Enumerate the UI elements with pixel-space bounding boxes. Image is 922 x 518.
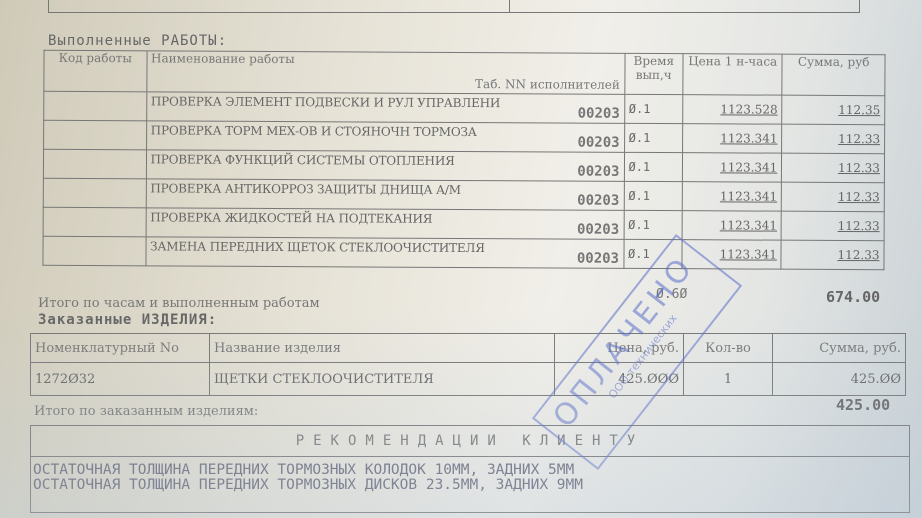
items-table: Номенклатурный No Название изделия Цена,… [30,333,906,396]
recommendations-title: РЕКОМЕНДАЦИИ КЛИЕНТУ [31,426,909,457]
works-section-title: Выполненные РАБОТЫ: [48,33,227,49]
work-sum: 112.33 [782,182,885,212]
work-tab-number: 00203 [577,193,619,209]
work-price: 1123.341 [682,240,781,270]
work-name: ПРОВЕРКА ЭЛЕМЕНТ ПОДВЕСКИ И РУЛ УПРАВЛЕН… [151,94,500,110]
work-tab-number: 00203 [577,222,619,238]
work-row: ПРОВЕРКА ФУНКЦИЙ СИСТЕМЫ ОТОПЛЕНИЯ00203Ø… [43,149,884,182]
work-time: Ø.1 [624,152,683,181]
header-name: Наименование работы Таб. NN исполнителей [146,51,624,95]
header-item-price: Цена, руб. [555,334,684,363]
header-sum: Сумма, руб [782,54,885,96]
recommendations-lines: ОСТАТОЧНАЯ ТОЛЩИНА ПЕРЕДНИХ ТОРМОЗНЫХ КО… [31,457,909,493]
work-sum: 112.33 [781,240,884,270]
work-tab-number: 00203 [578,106,620,122]
work-code [44,91,147,121]
work-time: Ø.1 [623,239,682,268]
work-name: ПРОВЕРКА ФУНКЦИЙ СИСТЕМЫ ОТОПЛЕНИЯ [151,152,455,168]
header-item-sum: Сумма, руб. [773,334,906,363]
work-name-cell: ПРОВЕРКА АНТИКОРРОЗ ЗАЩИТЫ ДНИЩА А/М0020… [146,179,624,211]
work-row: ПРОВЕРКА ЖИДКОСТЕЙ НА ПОДТЕКАНИЯ00203Ø.1… [43,207,884,240]
recommendation-line: ОСТАТОЧНАЯ ТОЛЩИНА ПЕРЕДНИХ ТОРМОЗНЫХ КО… [31,463,909,478]
work-price: 1123.528 [683,95,782,125]
header-info-box: Тел/факс: 7705 755795 Код дилера Продаве… [48,0,860,13]
work-name: ПРОВЕРКА ЖИДКОСТЕЙ НА ПОДТЕКАНИЯ [150,210,432,225]
work-name: ЗАМЕНА ПЕРЕДНИХ ЩЕТОК СТЕКЛООЧИСТИТЕЛЯ [150,239,485,255]
works-total-sum: 674.00 [826,288,880,306]
divider [509,0,510,12]
work-name: ПРОВЕРКА ТОРМ МЕХ-ОВ И СТОЯНОЧН ТОРМОЗА [151,123,477,139]
work-price: 1123.341 [683,124,782,154]
header-item-name: Название изделия [210,334,555,363]
header-price: Цена 1 н-часа [683,54,783,96]
items-section-title: Заказанные ИЗДЕЛИЯ: [38,312,217,328]
work-price: 1123.341 [682,153,781,183]
item-sum: 425.ØØ [773,363,906,396]
work-time: Ø.1 [624,210,683,239]
work-code [43,178,146,208]
work-tab-number: 00203 [577,164,619,180]
recommendation-line: ОСТАТОЧНАЯ ТОЛЩИНА ПЕРЕДНИХ ТОРМОЗНЫХ ДИ… [31,478,909,493]
items-total-sum: 425.00 [836,396,890,414]
item-row: 1272Ø32ЩЕТКИ СТЕКЛООЧИСТИТЕЛЯ425.ØØØ1425… [31,363,906,396]
header-code: Код работы [44,50,147,92]
item-nomenclature: 1272Ø32 [31,363,210,396]
work-time: Ø.1 [624,123,683,152]
work-name-cell: ПРОВЕРКА ЭЛЕМЕНТ ПОДВЕСКИ И РУЛ УПРАВЛЕН… [146,92,624,124]
header-tab-label: Таб. NN исполнителей [475,77,620,92]
work-name-cell: ПРОВЕРКА ТОРМ МЕХ-ОВ И СТОЯНОЧН ТОРМОЗА0… [146,121,624,153]
item-qty: 1 [684,363,773,396]
work-row: ПРОВЕРКА ТОРМ МЕХ-ОВ И СТОЯНОЧН ТОРМОЗА0… [44,120,885,153]
work-name-cell: ПРОВЕРКА ФУНКЦИЙ СИСТЕМЫ ОТОПЛЕНИЯ00203 [146,150,624,182]
work-code [44,120,147,150]
header-name-label: Наименование работы [151,51,295,66]
work-price: 1123.341 [682,182,781,212]
work-name-cell: ЗАМЕНА ПЕРЕДНИХ ЩЕТОК СТЕКЛООЧИСТИТЕЛЯ00… [145,237,623,269]
works-total-hours: Ø.6Ø [656,287,687,302]
item-name: ЩЕТКИ СТЕКЛООЧИСТИТЕЛЯ [210,363,555,396]
work-tab-number: 00203 [577,251,619,267]
items-header-row: Номенклатурный No Название изделия Цена,… [31,334,906,363]
header-nomenclature: Номенклатурный No [31,334,210,363]
work-time: Ø.1 [624,94,683,123]
work-code [43,236,146,266]
work-sum: 112.33 [781,211,884,241]
work-code [43,207,146,237]
header-time: Время вып,ч [624,53,683,94]
items-total-label: Итого по заказанным изделиям: [34,404,258,419]
recommendations-box: РЕКОМЕНДАЦИИ КЛИЕНТУ ОСТАТОЧНАЯ ТОЛЩИНА … [30,425,910,513]
work-time: Ø.1 [624,181,683,210]
work-row: ПРОВЕРКА ЭЛЕМЕНТ ПОДВЕСКИ И РУЛ УПРАВЛЕН… [44,91,885,124]
work-code [43,149,146,179]
work-row: ПРОВЕРКА АНТИКОРРОЗ ЗАЩИТЫ ДНИЩА А/М0020… [43,178,884,211]
work-sum: 112.33 [782,124,885,154]
work-name: ПРОВЕРКА АНТИКОРРОЗ ЗАЩИТЫ ДНИЩА А/М [150,181,461,197]
works-total-label: Итого по часам и выполненным работам [38,296,320,311]
work-price: 1123.341 [682,211,781,241]
work-tab-number: 00203 [577,135,619,151]
works-header-row: Код работы Наименование работы Таб. NN и… [44,50,885,95]
header-qty: Кол-во [684,334,773,363]
works-table: Код работы Наименование работы Таб. NN и… [42,50,885,270]
work-name-cell: ПРОВЕРКА ЖИДКОСТЕЙ НА ПОДТЕКАНИЯ00203 [146,208,624,240]
work-sum: 112.35 [782,95,885,125]
work-row: ЗАМЕНА ПЕРЕДНИХ ЩЕТОК СТЕКЛООЧИСТИТЕЛЯ00… [43,236,884,269]
item-price: 425.ØØØ [555,363,684,396]
work-sum: 112.33 [782,153,885,183]
